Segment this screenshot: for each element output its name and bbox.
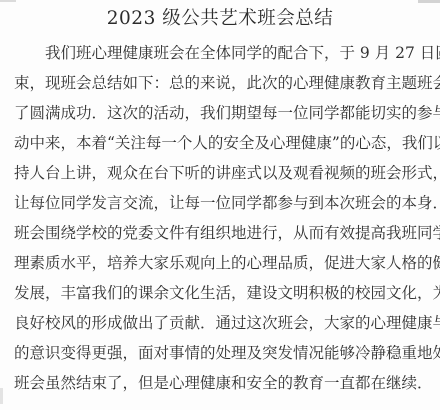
paragraph-line: 束，现班会总结如下：总的来说，此次的心理健康教育主题班会取得 bbox=[14, 68, 426, 98]
scan-artifact-top-left bbox=[0, 0, 16, 2]
paragraph-line: 让每位同学发言交流，让每一位同学都参与到本次班会的本身．本次 bbox=[14, 188, 426, 218]
paragraph-line: 发展，丰富我们的课余文化生活，建设文明积极的校园文化，为我校 bbox=[14, 278, 426, 308]
paragraph-line: 班会虽然结束了，但是心理健康和安全的教育一直都在继续． bbox=[14, 368, 426, 398]
scanned-document-page: 2023 级公共艺术班会总结 我们班心理健康班会在全体同学的配合下，于 9 月 … bbox=[0, 0, 440, 410]
paragraph-line: 了圆满成功．这次的活动，我们期望每一位同学都能切实的参与到活 bbox=[14, 98, 426, 128]
paragraph-line: 动中来，本着“关注每一个人的安全及心理健康”的心态，我们以主 bbox=[14, 128, 426, 158]
paragraph-line: 我们班心理健康班会在全体同学的配合下，于 9 月 27 日圆满结 bbox=[14, 38, 426, 68]
scan-artifact-left-edge bbox=[0, 388, 3, 404]
paragraph-line: 理素质水平，培养大家乐观向上的心理品质，促进大家人格的健全和 bbox=[14, 248, 426, 278]
scan-artifact-top-right bbox=[418, 0, 440, 3]
paragraph-line: 班会围绕学校的党委文件有组织地进行，从而有效提高我班同学的心 bbox=[14, 218, 426, 248]
paragraph-line: 持人台上讲，观众在台下听的讲座式以及观看视频的班会形式，并且 bbox=[14, 158, 426, 188]
paragraph-line: 良好校风的形成做出了贡献．通过这次班会，大家的心理健康与安全 bbox=[14, 308, 426, 338]
paragraph-line: 的意识变得更强，面对事情的处理及突发情况能够冷静稳重地处理， bbox=[14, 338, 426, 368]
document-body: 我们班心理健康班会在全体同学的配合下，于 9 月 27 日圆满结 束，现班会总结… bbox=[0, 36, 440, 398]
document-title: 2023 级公共艺术班会总结 bbox=[0, 0, 440, 36]
